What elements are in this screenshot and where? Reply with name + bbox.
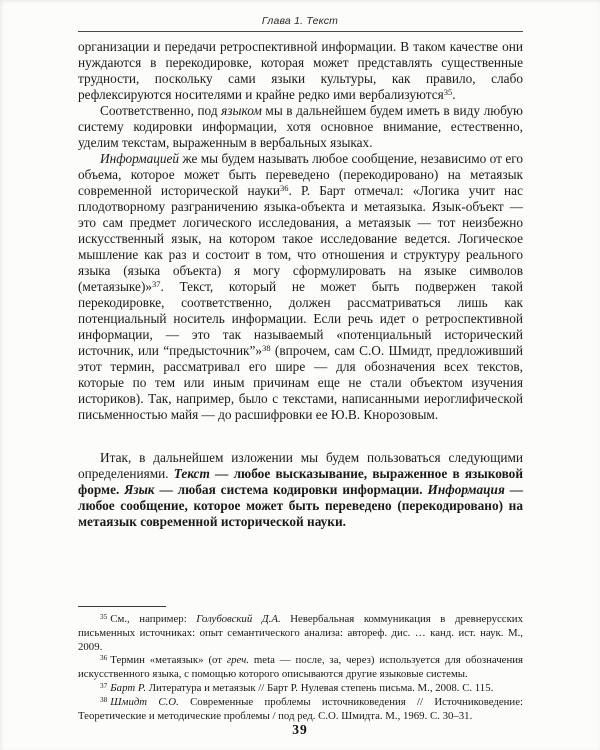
text-segment: Язык [124,482,154,497]
text-segment: Шмидт С.О. [110,696,179,708]
paragraph: организации и передачи ретроспективной и… [78,39,523,103]
footnote: 35См., например: Голубовский Д.А. Неверб… [78,613,523,654]
footnote-number: 38 [100,695,107,704]
text-segment: — любая система кодировки информации. [155,482,428,497]
header-rule [78,31,523,32]
footnote-number: 37 [100,681,107,690]
book-page: Глава 1. Текст организации и передачи ре… [0,0,600,750]
paragraph: Информацией же мы будем называть любое с… [78,151,523,423]
footnote-marker: 36 [280,183,289,193]
footnote-list: 35См., например: Голубовский Д.А. Неверб… [78,613,523,723]
footnote-marker: 38 [262,343,271,353]
footnote-number: 36 [100,653,107,662]
text-segment: См., например: [110,613,196,625]
text-segment: организации и передачи ретроспективной и… [78,39,523,102]
running-head: Глава 1. Текст [0,0,600,27]
footnote: 37Барт Р. Литература и метаязык // Барт … [78,682,523,696]
footnote-number: 35 [100,612,107,621]
text-segment: . [452,87,455,102]
paragraph: Соответственно, под языком мы в дальнейш… [78,103,523,151]
text-segment: языком [221,103,262,118]
page-number: 39 [0,722,600,738]
text-segment: Литература и метаязык // Барт Р. Нулевая… [146,682,493,694]
text-segment: Соответственно, под [100,103,221,118]
footnote-marker: 35 [444,87,453,97]
body-text: организации и передачи ретроспективной и… [78,39,523,530]
paragraph: Итак, в дальнейшем изложении мы будем по… [78,450,523,530]
footnote-marker: 37 [152,279,161,289]
footnote-rule [78,606,166,607]
footnote: 36Термин «метаязык» (от греч. meta — пос… [78,654,523,682]
text-segment: Текст [174,466,210,481]
text-segment: Барт Р. [110,682,146,694]
footnote: 38Шмидт С.О. Современные проблемы источн… [78,696,523,724]
text-segment: Голубовский Д.А. [196,613,280,625]
text-segment: Термин «метаязык» (от [110,654,227,666]
text-segment: Информация [428,482,505,497]
text-segment: греч. [227,654,249,666]
text-segment: Информацией [100,151,179,166]
footnotes-section: 35См., например: Голубовский Д.А. Неверб… [78,606,523,723]
text-segment: . Р. Барт отмечал: «Логика учит нас плод… [78,183,523,294]
